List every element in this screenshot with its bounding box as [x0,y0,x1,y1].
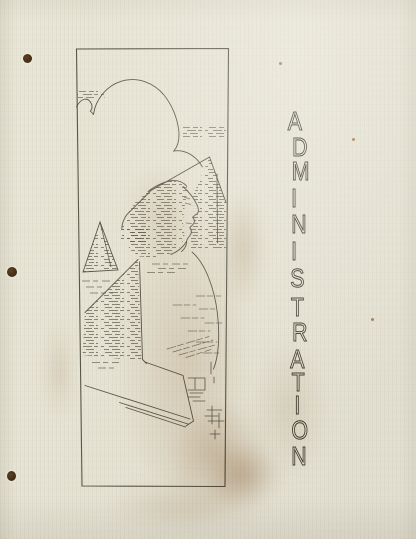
letter: N [291,210,306,240]
letter: M [292,157,310,187]
small-pyramid [82,222,118,293]
punch-hole [7,471,16,481]
punch-hole [7,267,17,277]
head-side-hatch [121,229,148,243]
letter: S [290,264,304,294]
sphinx-chest [83,260,193,369]
cloud-hatch-left [78,89,105,100]
foxing-speck [279,62,282,65]
letter: R [292,318,307,348]
foxing-speck [371,318,374,321]
cloud-hatch-right [183,127,226,137]
cloud [77,80,227,167]
administration-title: A D M I N I S T R A T I O N [288,107,310,472]
letter: I [291,237,297,267]
foxing-speck [352,138,355,141]
scanned-page: { "page": { "title": "ADMINISTRATION", "… [0,0,416,539]
page-artwork: A D M I N I S T R A T I O N [0,0,416,539]
paw-blocks [188,362,224,439]
letter: N [291,442,306,472]
punch-hole [23,54,32,63]
body-hatch-lines [167,296,222,358]
